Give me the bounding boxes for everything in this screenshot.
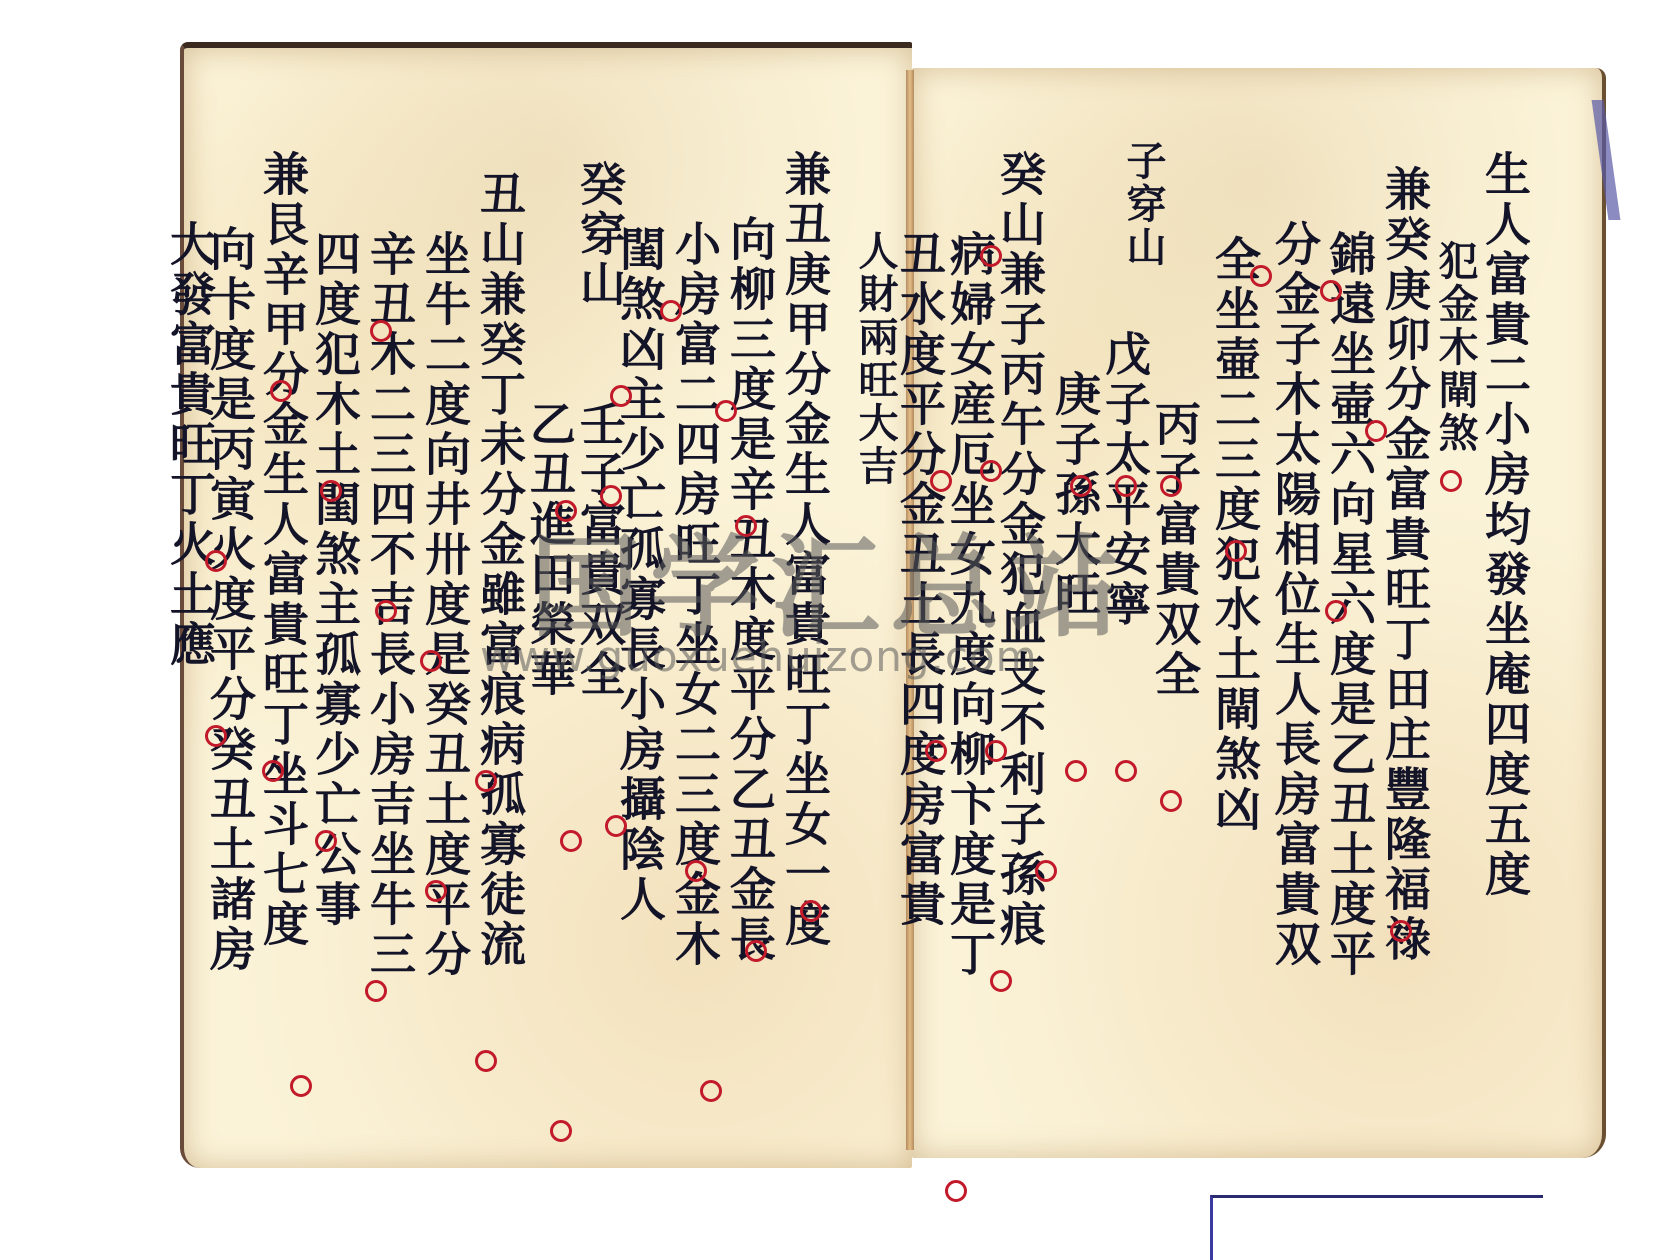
red-punctuation-mark <box>475 770 497 792</box>
red-punctuation-mark <box>475 1050 497 1072</box>
red-punctuation-mark <box>290 1075 312 1097</box>
red-punctuation-mark <box>270 380 292 402</box>
red-punctuation-mark <box>370 320 392 342</box>
red-punctuation-mark <box>205 550 227 572</box>
red-punctuation-mark <box>980 245 1002 267</box>
text-column: 丙子富貴双全 <box>1150 400 1200 700</box>
red-punctuation-mark <box>550 1120 572 1142</box>
red-punctuation-mark <box>1440 470 1462 492</box>
manuscript-spread: 生人富貴二小房均發坐庵四度五度 犯金木閘煞 兼癸庚卯分金富貴旺丁田庄豐隆福祿 錦… <box>0 0 1680 1260</box>
text-column: 子穿山 <box>1118 140 1168 269</box>
text-column: 四度犯木土閨煞主孤寡少亡公事 <box>310 230 360 930</box>
red-punctuation-mark <box>980 460 1002 482</box>
red-punctuation-mark <box>315 830 337 852</box>
red-punctuation-mark <box>320 480 342 502</box>
text-column: 全坐壷二三度犯水土閘煞凶 <box>1210 235 1260 835</box>
red-punctuation-mark <box>610 385 632 407</box>
text-column: 兼艮辛甲分金生人富貴旺丁坐斗七度 <box>258 150 308 950</box>
text-column: 坐牛二度向井卅度是癸丑土度平分 <box>420 230 470 980</box>
red-punctuation-mark <box>1070 475 1092 497</box>
text-column: 兼癸庚卯分金富貴旺丁田庄豐隆福祿 <box>1380 165 1430 965</box>
red-punctuation-mark <box>700 1080 722 1102</box>
red-punctuation-mark <box>1250 265 1272 287</box>
red-punctuation-mark <box>205 725 227 747</box>
red-punctuation-mark <box>1225 540 1247 562</box>
paper-tag <box>1210 1195 1543 1260</box>
text-column: 丑山兼癸丁未分金雖富痕病孤寡徒流 <box>475 170 525 970</box>
red-punctuation-mark <box>262 760 284 782</box>
red-punctuation-mark <box>1160 790 1182 812</box>
red-punctuation-mark <box>715 400 737 422</box>
red-punctuation-mark <box>1115 760 1137 782</box>
red-punctuation-mark <box>1160 475 1182 497</box>
text-column: 分金子木太陽相位生人長房富貴双 <box>1270 220 1320 970</box>
red-punctuation-mark <box>605 815 627 837</box>
red-punctuation-mark <box>660 300 682 322</box>
text-column: 犯金木閘煞 <box>1430 240 1480 455</box>
red-punctuation-mark <box>1365 420 1387 442</box>
red-punctuation-mark <box>1325 600 1347 622</box>
text-column: 生人富貴二小房均發坐庵四度五度 <box>1480 150 1530 900</box>
red-punctuation-mark <box>945 1180 967 1202</box>
red-punctuation-mark <box>1390 920 1412 942</box>
red-punctuation-mark <box>745 940 767 962</box>
red-punctuation-mark <box>1065 760 1087 782</box>
red-punctuation-mark <box>685 860 707 882</box>
red-punctuation-mark <box>1035 860 1057 882</box>
red-punctuation-mark <box>1115 475 1137 497</box>
red-punctuation-mark <box>930 470 952 492</box>
red-punctuation-mark <box>800 900 822 922</box>
red-punctuation-mark <box>365 980 387 1002</box>
red-punctuation-mark <box>560 830 582 852</box>
red-punctuation-mark <box>990 970 1012 992</box>
text-column: 人財兩旺大吉 <box>850 230 900 488</box>
red-punctuation-mark <box>985 740 1007 762</box>
red-punctuation-mark <box>425 880 447 902</box>
red-punctuation-mark <box>375 600 397 622</box>
red-punctuation-mark <box>1320 280 1342 302</box>
text-column: 癸穿山 <box>575 160 625 310</box>
red-punctuation-mark <box>420 650 442 672</box>
watermark-url: www.guoxuehuizong.com <box>480 632 1038 681</box>
red-punctuation-mark <box>925 740 947 762</box>
text-column: 大發富貴旺丁火土應 <box>165 220 215 670</box>
